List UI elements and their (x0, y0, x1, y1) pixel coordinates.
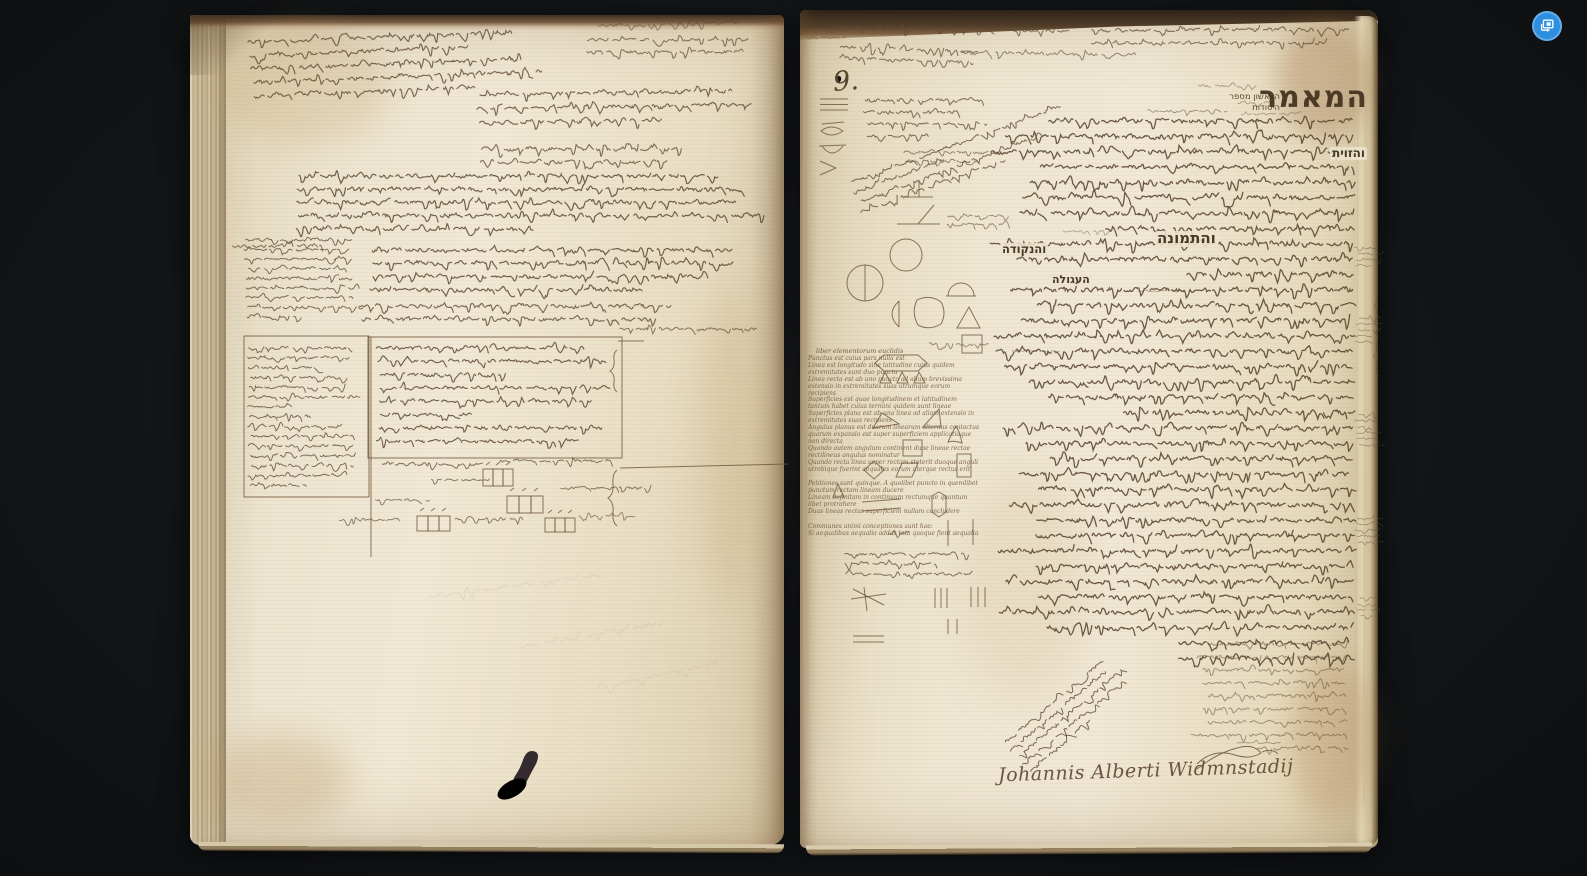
right-page-top-edge (800, 10, 1378, 40)
folio-number: 9. (832, 65, 860, 98)
right-page-bottom-edge (806, 843, 1372, 856)
heading-prefix-line2: היסודות (1188, 103, 1280, 113)
stain (220, 25, 390, 145)
left-page-gutter-shadow (750, 15, 784, 845)
left-page-fore-edge (190, 15, 226, 845)
left-page-bottom-edge (198, 842, 784, 854)
heading-prefix-line1: הראשון מספר (1188, 92, 1280, 102)
treatise-heading: המאמר (1272, 80, 1368, 115)
image-viewer-icon (1538, 17, 1556, 35)
right-page-fore-edge (1354, 16, 1378, 844)
keyword-point: והנקודה (1000, 243, 1048, 255)
left-page-corner-shadow (190, 15, 280, 75)
manuscript-page-left[interactable]: liber elementorum euclidis Punctus est c… (190, 15, 784, 845)
stain (1289, 658, 1374, 818)
manuscript-viewer-canvas: liber elementorum euclidis Punctus est c… (0, 0, 1587, 876)
open-image-viewer-button[interactable] (1532, 11, 1562, 41)
latin-gloss-column: liber elementorum euclidis Punctus est c… (808, 343, 980, 538)
stain (696, 285, 766, 605)
stain (210, 735, 350, 825)
owner-signature: Johannis Alberti Widmnstadij (998, 756, 1279, 787)
latin-gloss-heading: liber elementorum euclidis (816, 347, 980, 355)
keyword-figure: והתמונה (1155, 231, 1218, 247)
keyword-circle: העגולה (1050, 274, 1092, 286)
keyword-angle: והזוית (1330, 147, 1367, 160)
latin-gloss-definitions: Punctus est cuius pars nulla estLinea es… (808, 356, 980, 473)
latin-gloss-petitions: Petitiones sunt quinque. A quolibet punc… (808, 481, 980, 516)
left-page-top-edge (190, 15, 784, 31)
latin-gloss-common-notions: Communes animi conceptiones sunt hae:Si … (808, 524, 980, 538)
